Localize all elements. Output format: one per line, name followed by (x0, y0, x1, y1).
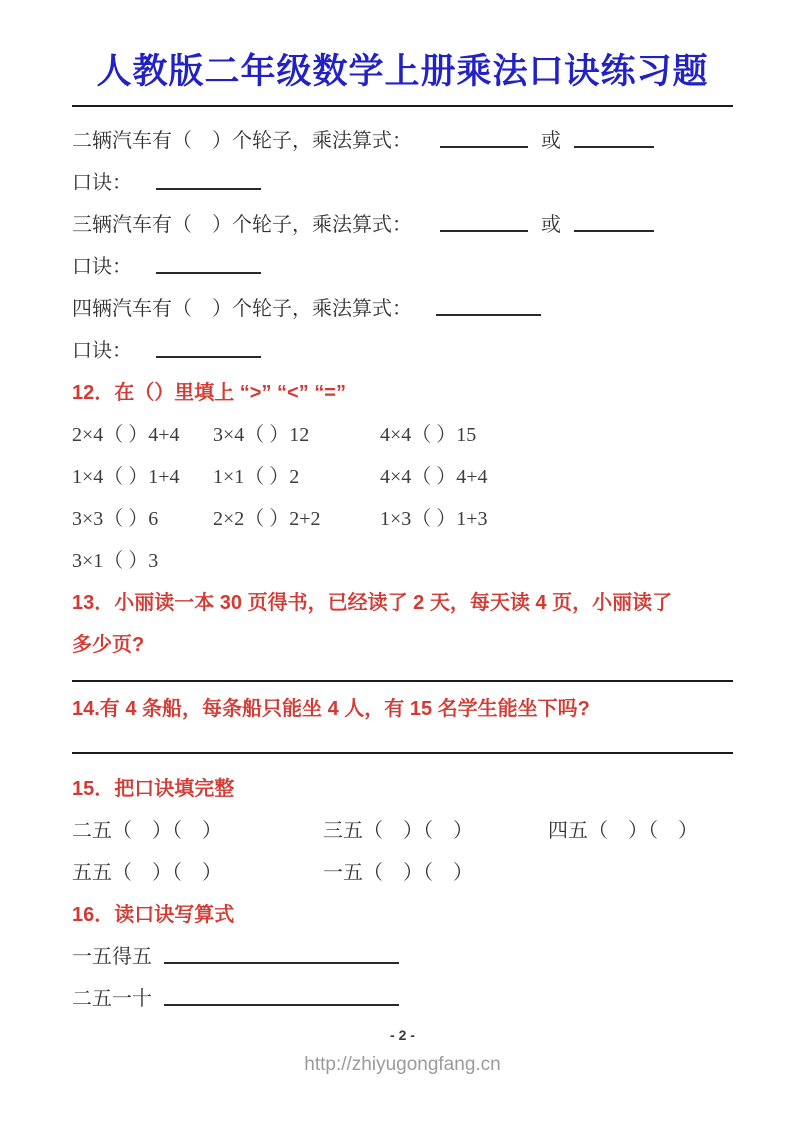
question-13-line2: 多少页? (72, 624, 733, 666)
page-number: - 2 - (72, 1026, 733, 1044)
formula-prompt: 二五一十 (72, 988, 152, 1010)
answer-blank (164, 986, 399, 1006)
answer-blank (574, 128, 654, 148)
question-14-heading: 14.有 4 条船，每条船只能坐 4 人，有 15 名学生能坐下吗? (72, 688, 733, 730)
comparison-row-3: 3×3（ ）6 2×2（ ）2+2 1×3（ ）1+3 (72, 498, 733, 540)
kouyue-fill-item: 四五（ ）（ ） (548, 810, 733, 852)
car-question-1-text: 二辆汽车有（ ）个轮子，乘法算式： (72, 130, 412, 152)
answer-blank (440, 128, 528, 148)
kouyue-row-2: 口诀： (72, 246, 733, 288)
formula-write-row-2: 二五一十 (72, 978, 733, 1020)
comparison-item: 3×1（ ）3 (72, 550, 158, 572)
car-question-2: 三辆汽车有（ ）个轮子，乘法算式：或 (72, 204, 733, 246)
comparison-item: 4×4（ ）15 (380, 414, 733, 456)
car-question-3: 四辆汽车有（ ）个轮子，乘法算式： (72, 288, 733, 330)
formula-prompt: 一五得五 (72, 946, 152, 968)
kouyue-label: 口诀： (72, 256, 132, 278)
kouyue-fill-item: 三五（ ）（ ） (323, 810, 548, 852)
kouyue-fill-row-1: 二五（ ）（ ） 三五（ ）（ ） 四五（ ）（ ） (72, 810, 733, 852)
section-divider (72, 752, 733, 754)
kouyue-row-1: 口诀： (72, 162, 733, 204)
comparison-row-2: 1×4（ ）1+4 1×1（ ）2 4×4（ ）4+4 (72, 456, 733, 498)
answer-blank (156, 170, 261, 190)
answer-blank (156, 254, 261, 274)
or-label: 或 (541, 214, 561, 236)
kouyue-fill-row-2: 五五（ ）（ ） 一五（ ）（ ） (72, 852, 733, 894)
formula-write-row-1: 一五得五 (72, 936, 733, 978)
section-divider (72, 680, 733, 682)
comparison-row-4: 3×1（ ）3 (72, 540, 733, 582)
page-title: 人教版二年级数学上册乘法口诀练习题 (72, 48, 733, 96)
car-question-2-text: 三辆汽车有（ ）个轮子，乘法算式： (72, 214, 412, 236)
kouyue-row-3: 口诀： (72, 330, 733, 372)
kouyue-fill-item: 五五（ ）（ ） (72, 852, 323, 894)
kouyue-label: 口诀： (72, 172, 132, 194)
question-15-heading: 15．把口诀填完整 (72, 768, 733, 810)
question-16-heading: 16．读口诀写算式 (72, 894, 733, 936)
question-12-heading: 12．在（）里填上 “>” “<” “=” (72, 372, 733, 414)
car-question-3-text: 四辆汽车有（ ）个轮子，乘法算式： (72, 298, 412, 320)
worksheet-page: 人教版二年级数学上册乘法口诀练习题 二辆汽车有（ ）个轮子，乘法算式：或 口诀：… (0, 0, 793, 1122)
comparison-item: 3×4（ ）12 (213, 414, 380, 456)
kouyue-label: 口诀： (72, 340, 132, 362)
title-divider (72, 105, 733, 107)
or-label: 或 (541, 130, 561, 152)
answer-blank (436, 296, 541, 316)
comparison-item: 3×3（ ）6 (72, 498, 213, 540)
car-question-1: 二辆汽车有（ ）个轮子，乘法算式：或 (72, 120, 733, 162)
answer-blank (156, 338, 261, 358)
comparison-item: 4×4（ ）4+4 (380, 456, 733, 498)
kouyue-fill-item: 一五（ ）（ ） (323, 852, 548, 894)
comparison-item: 2×2（ ）2+2 (213, 498, 380, 540)
comparison-item: 2×4（ ）4+4 (72, 414, 213, 456)
comparison-item: 1×4（ ）1+4 (72, 456, 213, 498)
kouyue-fill-item (548, 852, 733, 894)
comparison-item: 1×3（ ）1+3 (380, 498, 733, 540)
kouyue-fill-item: 二五（ ）（ ） (72, 810, 323, 852)
answer-blank (440, 212, 528, 232)
question-13-line1: 13．小丽读一本 30 页得书，已经读了 2 天，每天读 4 页，小丽读了 (72, 582, 733, 624)
answer-blank (164, 944, 399, 964)
answer-blank (574, 212, 654, 232)
comparison-item: 1×1（ ）2 (213, 456, 380, 498)
footer-url: http://zhiyugongfang.cn (72, 1053, 733, 1077)
comparison-row-1: 2×4（ ）4+4 3×4（ ）12 4×4（ ）15 (72, 414, 733, 456)
